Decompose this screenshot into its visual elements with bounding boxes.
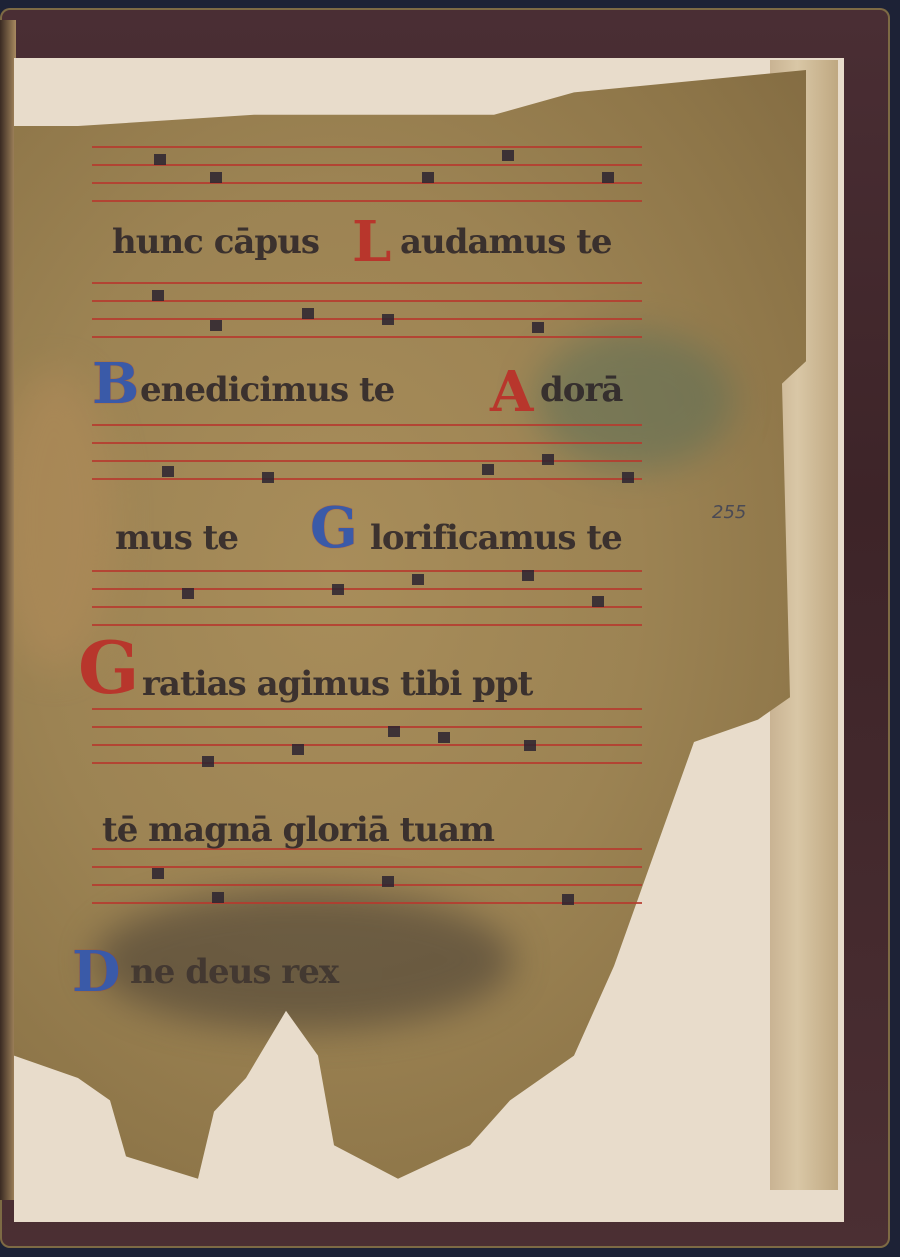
red-initial-L: L <box>352 214 391 270</box>
music-staff <box>92 708 642 764</box>
chant-text-line: ratias agimus tibi ppt <box>142 664 532 704</box>
chant-text-line: audamus te <box>400 222 612 262</box>
blue-initial-D: D <box>72 944 121 1000</box>
folio-number: 255 <box>712 502 746 523</box>
red-initial-A: A <box>490 364 533 420</box>
blue-initial-G: G <box>310 500 358 556</box>
chant-text-line: hunc cāpus <box>112 222 319 262</box>
chant-text-line: lorificamus te <box>370 518 622 558</box>
music-staff <box>92 570 642 626</box>
chant-text-line: dorā <box>540 370 622 410</box>
chant-text-line: mus te <box>115 518 238 558</box>
red-initial-G: G <box>78 632 140 704</box>
music-staff <box>92 424 642 480</box>
chant-text-line: tē magnā gloriā tuam <box>102 810 494 850</box>
music-staff <box>92 848 642 904</box>
blue-initial-B: B <box>92 356 139 412</box>
chant-text-line: ne deus rex <box>130 952 338 992</box>
music-staff <box>92 146 642 202</box>
music-staff <box>92 282 642 338</box>
chant-text-line: enedicimus te <box>140 370 394 410</box>
